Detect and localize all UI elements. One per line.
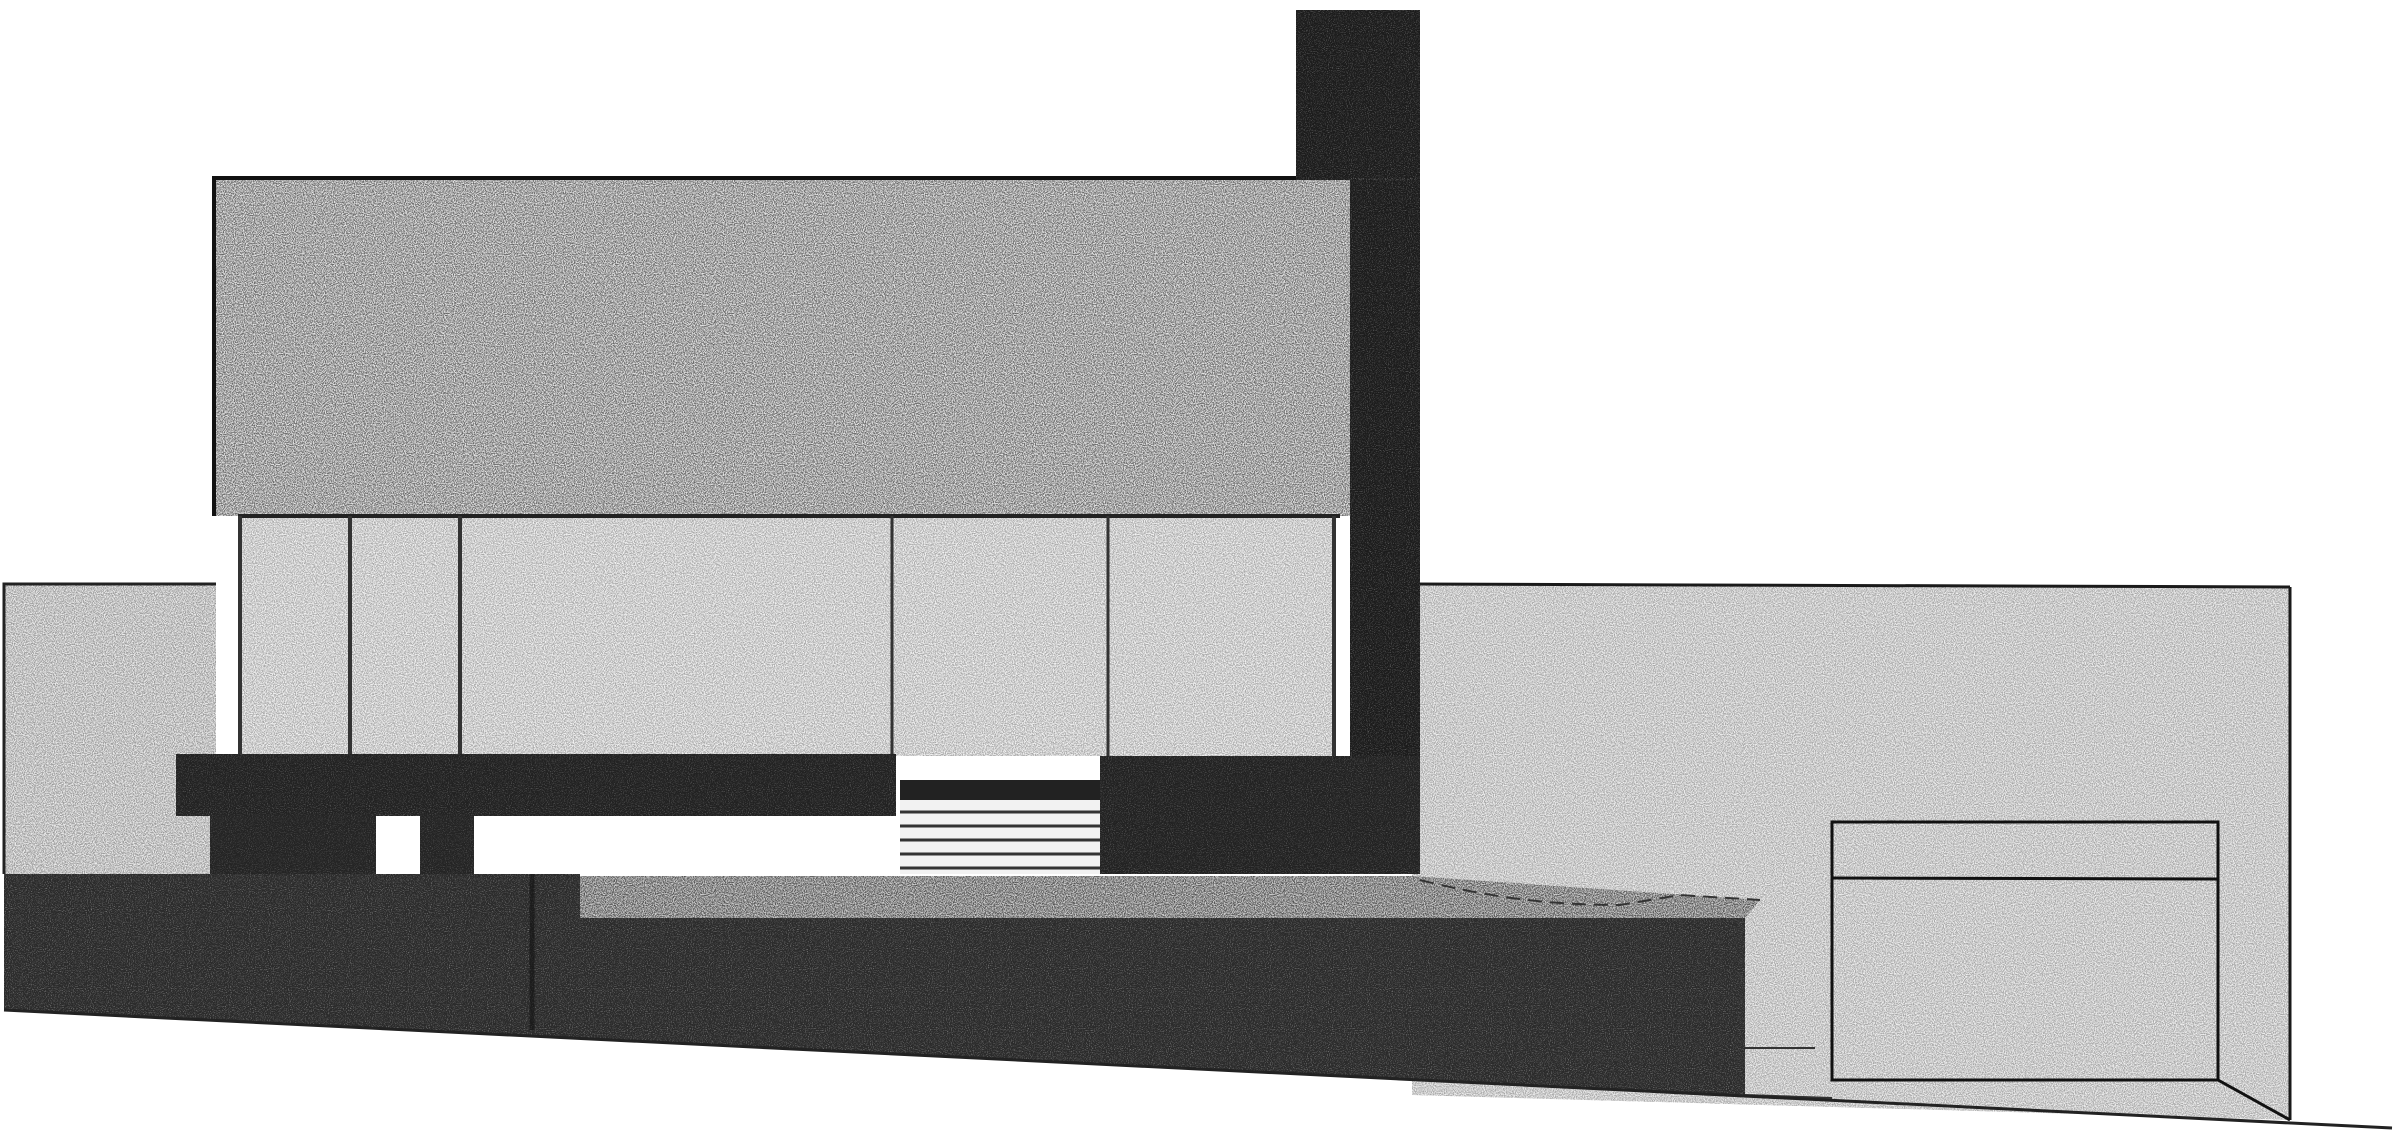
support-piers <box>210 814 474 876</box>
elevation-drawing <box>0 0 2400 1138</box>
entry-steps <box>900 780 1100 874</box>
left-annex-wall <box>4 584 216 874</box>
upper-volume <box>214 178 1354 516</box>
glazed-ground-floor <box>238 516 1340 756</box>
